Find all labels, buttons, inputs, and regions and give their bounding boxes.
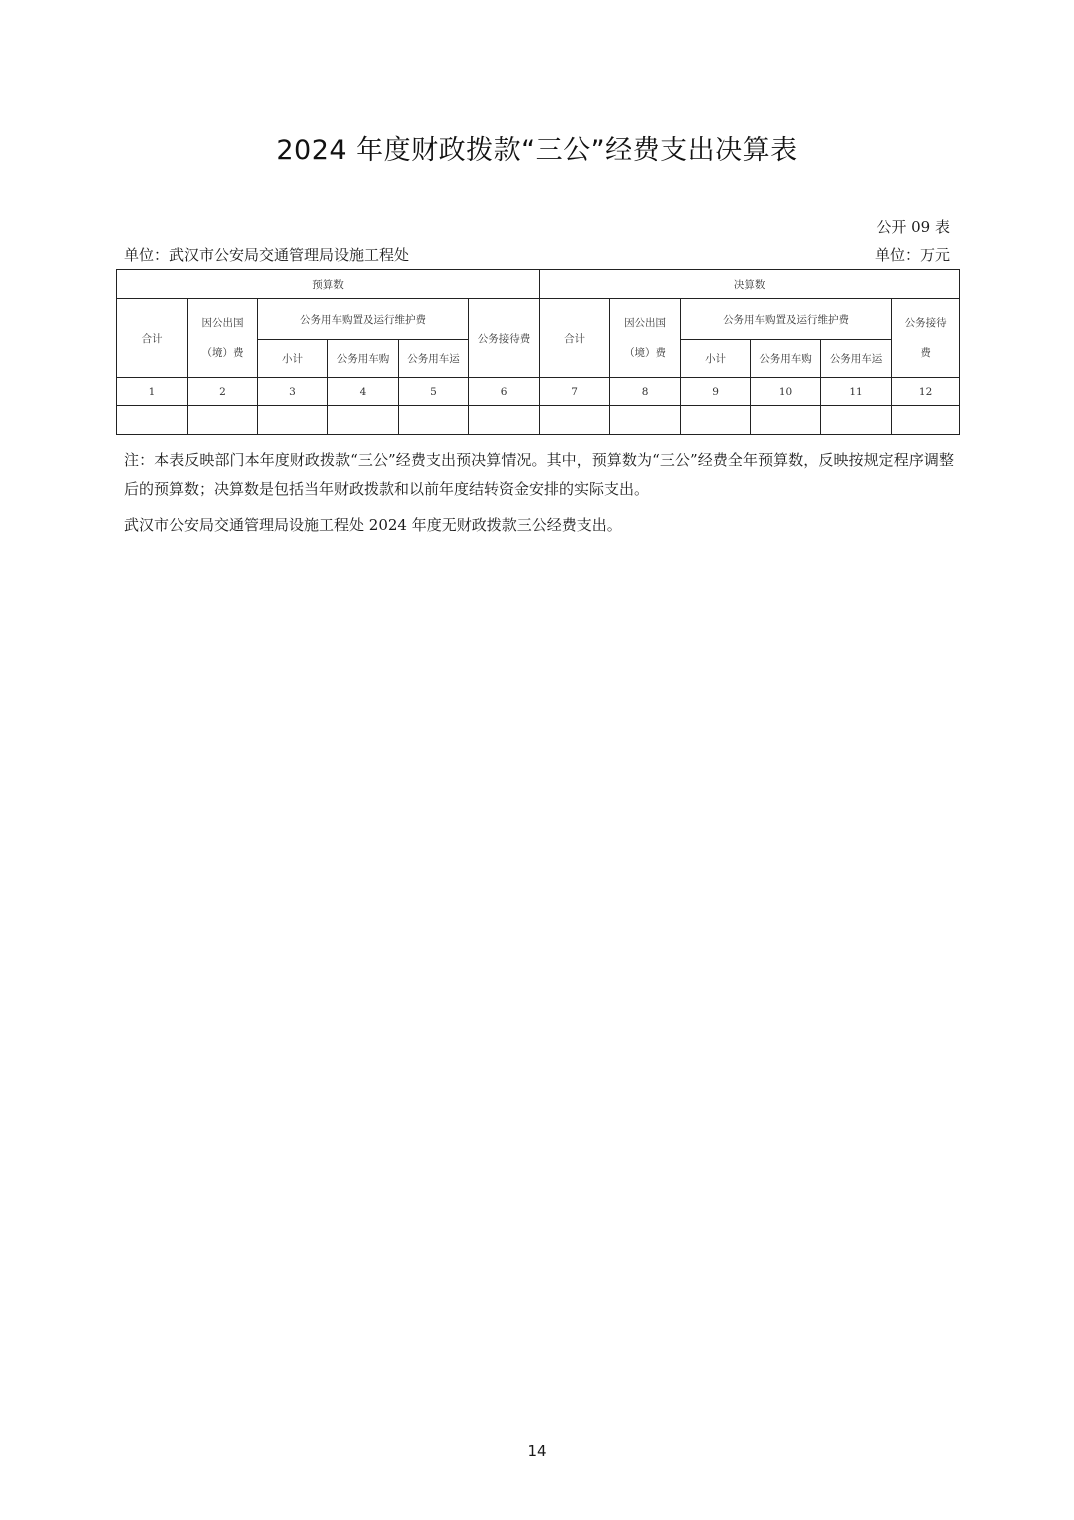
final-overseas-header: 因公出国 （境）费	[610, 299, 681, 378]
final-reception-line1: 公务接待	[892, 308, 959, 338]
table-cell	[821, 406, 892, 435]
table-cell	[188, 406, 258, 435]
budget-vehicle-operation-header: 公务用车运	[399, 340, 469, 378]
table-note: 注：本表反映部门本年度财政拨款“三公”经费支出预决算情况。其中，预算数为“三公”…	[124, 446, 954, 504]
table-cell	[117, 406, 188, 435]
column-number: 3	[258, 378, 328, 406]
column-number: 4	[328, 378, 399, 406]
final-vehicle-subtotal-header: 小计	[681, 340, 751, 378]
no-expenditure-statement: 武汉市公安局交通管理局设施工程处 2024 年度无财政拨款三公经费支出。	[124, 514, 622, 535]
table-cell	[399, 406, 469, 435]
column-number: 2	[188, 378, 258, 406]
final-overseas-line2: （境）费	[610, 338, 680, 368]
column-number: 6	[469, 378, 540, 406]
table-cell	[681, 406, 751, 435]
page-number: 14	[0, 1442, 1074, 1460]
unit-organization: 单位：武汉市公安局交通管理局设施工程处	[124, 244, 409, 265]
table-cell	[751, 406, 821, 435]
budget-vehicle-subtotal-header: 小计	[258, 340, 328, 378]
budget-vehicle-header: 公务用车购置及运行维护费	[258, 299, 469, 340]
final-total-header: 合计	[540, 299, 610, 378]
budget-overseas-header: 因公出国 （境）费	[188, 299, 258, 378]
final-vehicle-operation-header: 公务用车运	[821, 340, 892, 378]
budget-vehicle-purchase-header: 公务用车购	[328, 340, 399, 378]
budget-overseas-line2: （境）费	[188, 338, 257, 368]
table-cell	[610, 406, 681, 435]
budget-total-header: 合计	[117, 299, 188, 378]
table-cell	[258, 406, 328, 435]
table-cell	[469, 406, 540, 435]
column-number-row: 1 2 3 4 5 6 7 8 9 10 11 12	[117, 378, 960, 406]
unit-currency: 单位：万元	[875, 244, 950, 265]
document-title: 2024 年度财政拨款“三公”经费支出决算表	[0, 128, 1074, 167]
final-vehicle-header: 公务用车购置及运行维护费	[681, 299, 892, 340]
header-row-1: 合计 因公出国 （境）费 公务用车购置及运行维护费 公务接待费 合计 因公出国 …	[117, 299, 960, 340]
final-overseas-line1: 因公出国	[610, 308, 680, 338]
column-number: 11	[821, 378, 892, 406]
budget-group-header: 预算数	[117, 270, 540, 299]
column-number: 9	[681, 378, 751, 406]
column-number: 7	[540, 378, 610, 406]
form-number: 公开 09 表	[876, 216, 950, 237]
final-vehicle-purchase-header: 公务用车购	[751, 340, 821, 378]
table-cell	[892, 406, 960, 435]
budget-reception-header: 公务接待费	[469, 299, 540, 378]
table-cell	[540, 406, 610, 435]
table-row	[117, 406, 960, 435]
column-number: 8	[610, 378, 681, 406]
final-reception-header: 公务接待 费	[892, 299, 960, 378]
column-number: 1	[117, 378, 188, 406]
group-header-row: 预算数 决算数	[117, 270, 960, 299]
final-reception-line2: 费	[892, 338, 959, 368]
column-number: 10	[751, 378, 821, 406]
column-number: 12	[892, 378, 960, 406]
column-number: 5	[399, 378, 469, 406]
three-public-expenditure-table: 预算数 决算数 合计 因公出国 （境）费 公务用车购置及运行维护费 公务接待费 …	[116, 269, 960, 435]
table-cell	[328, 406, 399, 435]
final-group-header: 决算数	[540, 270, 960, 299]
budget-overseas-line1: 因公出国	[188, 308, 257, 338]
